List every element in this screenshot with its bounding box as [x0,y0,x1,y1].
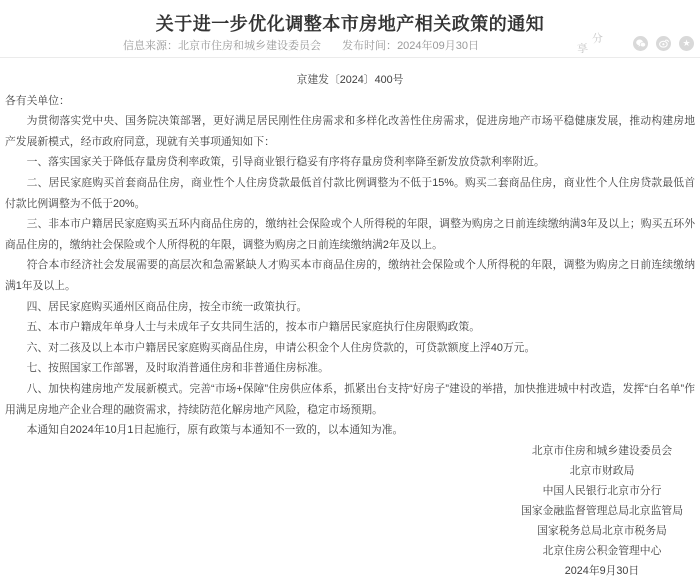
weibo-share-icon[interactable] [656,36,671,51]
paragraph-item-6: 六、对二孩及以上本市户籍居民家庭购买商品住房，申请公积金个人住房贷款的，可贷款额… [5,338,695,359]
signature-agency-1: 北京市住房和城乡建设委员会 [532,441,672,461]
wechat-share-icon[interactable] [633,36,648,51]
signature-agency-6: 北京住房公积金管理中心 [543,541,662,561]
paragraph-item-3b: 符合本市经济社会发展需要的高层次和急需紧缺人才购买本市商品住房的，缴纳社会保险或… [5,255,695,296]
publish-time: 发布时间：2024年09月30日 [342,40,479,52]
paragraph-item-1: 一、落实国家关于降低存量房贷利率政策，引导商业银行稳妥有序将存量房贷利率降至新发… [5,152,695,173]
meta-row: 信息来源：北京市住房和城乡建设委员会 发布时间：2024年09月30日 [123,37,497,53]
paragraph-effective-date: 本通知自2024年10月1日起施行，原有政策与本通知不一致的，以本通知为准。 [5,420,695,441]
salutation: 各有关单位： [5,91,695,112]
notice-page: 关于进一步优化调整本市房地产相关政策的通知 信息来源：北京市住房和城乡建设委员会… [0,0,700,583]
paragraph-item-7: 七、按照国家工作部署，及时取消普通住房和非普通住房标准。 [5,358,695,379]
signature-date: 2024年9月30日 [565,561,639,581]
paragraph-item-4: 四、居民家庭购买通州区商品住房，按全市统一政策执行。 [5,297,695,318]
favorite-star-icon[interactable]: ★ [679,36,694,51]
document-body: 京建发〔2024〕400号 各有关单位： 为贯彻落实党中央、国务院决策部署，更好… [0,58,700,581]
publish-time-value: 2024年09月30日 [397,40,479,52]
share-icon[interactable]: 分 享 [577,30,603,56]
paragraph-item-2: 二、居民家庭购买首套商品住房，商业性个人住房贷款最低首付款比例调整为不低于15%… [5,173,695,214]
info-source: 信息来源：北京市住房和城乡建设委员会 [123,40,321,52]
signature-block: 北京市住房和城乡建设委员会 北京市财政局 中国人民银行北京市分行 国家金融监督管… [521,441,683,581]
share-icon-char-top: 分 [591,29,604,46]
signature-agency-5: 国家税务总局北京市税务局 [537,521,667,541]
signature-agency-4: 国家金融监督管理总局北京监管局 [521,501,683,521]
info-source-value: 北京市住房和城乡建设委员会 [178,40,321,52]
paragraph-item-5: 五、本市户籍成年单身人士与未成年子女共同生活的，按本市户籍居民家庭执行住房限购政… [5,317,695,338]
signature-agency-3: 中国人民银行北京市分行 [543,481,662,501]
wechat-bubble-glyph [636,39,646,48]
signature-agency-2: 北京市财政局 [570,461,635,481]
weibo-eye-glyph [659,38,669,48]
paragraph-intro: 为贯彻落实党中央、国务院决策部署，更好满足居民刚性住房需求和多样化改善性住房需求… [5,111,695,152]
paragraph-item-8: 八、加快构建房地产发展新模式。完善“市场+保障”住房供应体系，抓紧出台支持“好房… [5,379,695,420]
star-glyph: ★ [682,39,690,48]
doc-number: 京建发〔2024〕400号 [5,70,695,91]
share-icon-char-bottom: 享 [576,39,589,56]
page-header: 关于进一步优化调整本市房地产相关政策的通知 信息来源：北京市住房和城乡建设委员会… [0,0,700,58]
share-area: 分 享 ★ [577,30,694,56]
publish-time-label: 发布时间： [342,40,397,52]
info-source-label: 信息来源： [123,40,178,52]
paragraph-item-3: 三、非本市户籍居民家庭购买五环内商品住房的，缴纳社会保险或个人所得税的年限，调整… [5,214,695,255]
